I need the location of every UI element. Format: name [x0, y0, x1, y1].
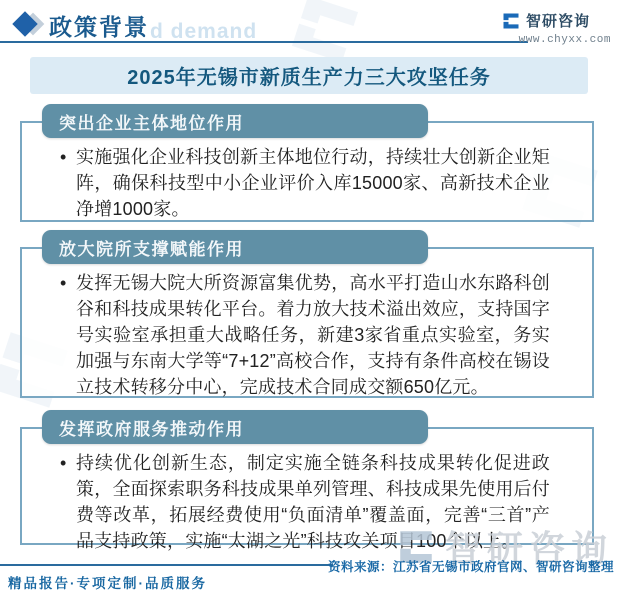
infographic-page: d demand 政策背景 智研咨询 www.chyxx.com 2025年无锡…	[0, 0, 619, 592]
list-item: • 发挥无锡大院大所资源富集优势，高水平打造山水东路科创谷和科技成果转化平台。着…	[60, 270, 550, 400]
main-title-banner: 2025年无锡市新质生产力三大攻坚任务	[30, 57, 588, 94]
task-section-2-body: • 发挥无锡大院大所资源富集优势，高水平打造山水东路科创谷和科技成果转化平台。着…	[20, 247, 594, 400]
task-section-2-text: 发挥无锡大院大所资源富集优势，高水平打造山水东路科创谷和科技成果转化平台。着力放…	[76, 270, 550, 400]
footer-tagline: 精品报告·专项定制·品质服务	[8, 572, 207, 592]
page-title: 政策背景	[49, 9, 149, 42]
list-item: • 实施强化企业科技创新主体地位行动，持续壮大创新企业矩阵，确保科技型中小企业评…	[60, 144, 550, 222]
diamond-bullet-icon	[14, 13, 44, 37]
footer: 资料来源：江苏省无锡市政府官网、智研咨询整理 精品报告·专项定制·品质服务	[0, 552, 619, 592]
data-source-note: 资料来源：江苏省无锡市政府官网、智研咨询整理	[328, 557, 614, 575]
brand-website: www.chyxx.com	[501, 34, 611, 46]
bullet-icon: •	[60, 144, 76, 222]
main-title: 2025年无锡市新质生产力三大攻坚任务	[127, 61, 491, 90]
task-section-3-heading: 发挥政府服务推动作用	[42, 410, 428, 444]
header: d demand 政策背景 智研咨询 www.chyxx.com	[0, 0, 619, 44]
header-divider	[0, 41, 528, 43]
brand-name: 智研咨询	[526, 10, 590, 31]
footer-divider	[0, 564, 333, 566]
task-section-1-heading: 突出企业主体地位作用	[42, 104, 428, 138]
header-watermark-text: d demand	[150, 20, 257, 44]
bullet-icon: •	[60, 270, 76, 400]
task-section-1-text: 实施强化企业科技创新主体地位行动，持续壮大创新企业矩阵，确保科技型中小企业评价入…	[76, 144, 550, 222]
brand-block: 智研咨询 www.chyxx.com	[501, 10, 611, 46]
bullet-icon: •	[60, 450, 76, 554]
zhiyan-logo-icon	[501, 11, 521, 31]
task-section-2-heading: 放大院所支撑赋能作用	[42, 230, 428, 264]
